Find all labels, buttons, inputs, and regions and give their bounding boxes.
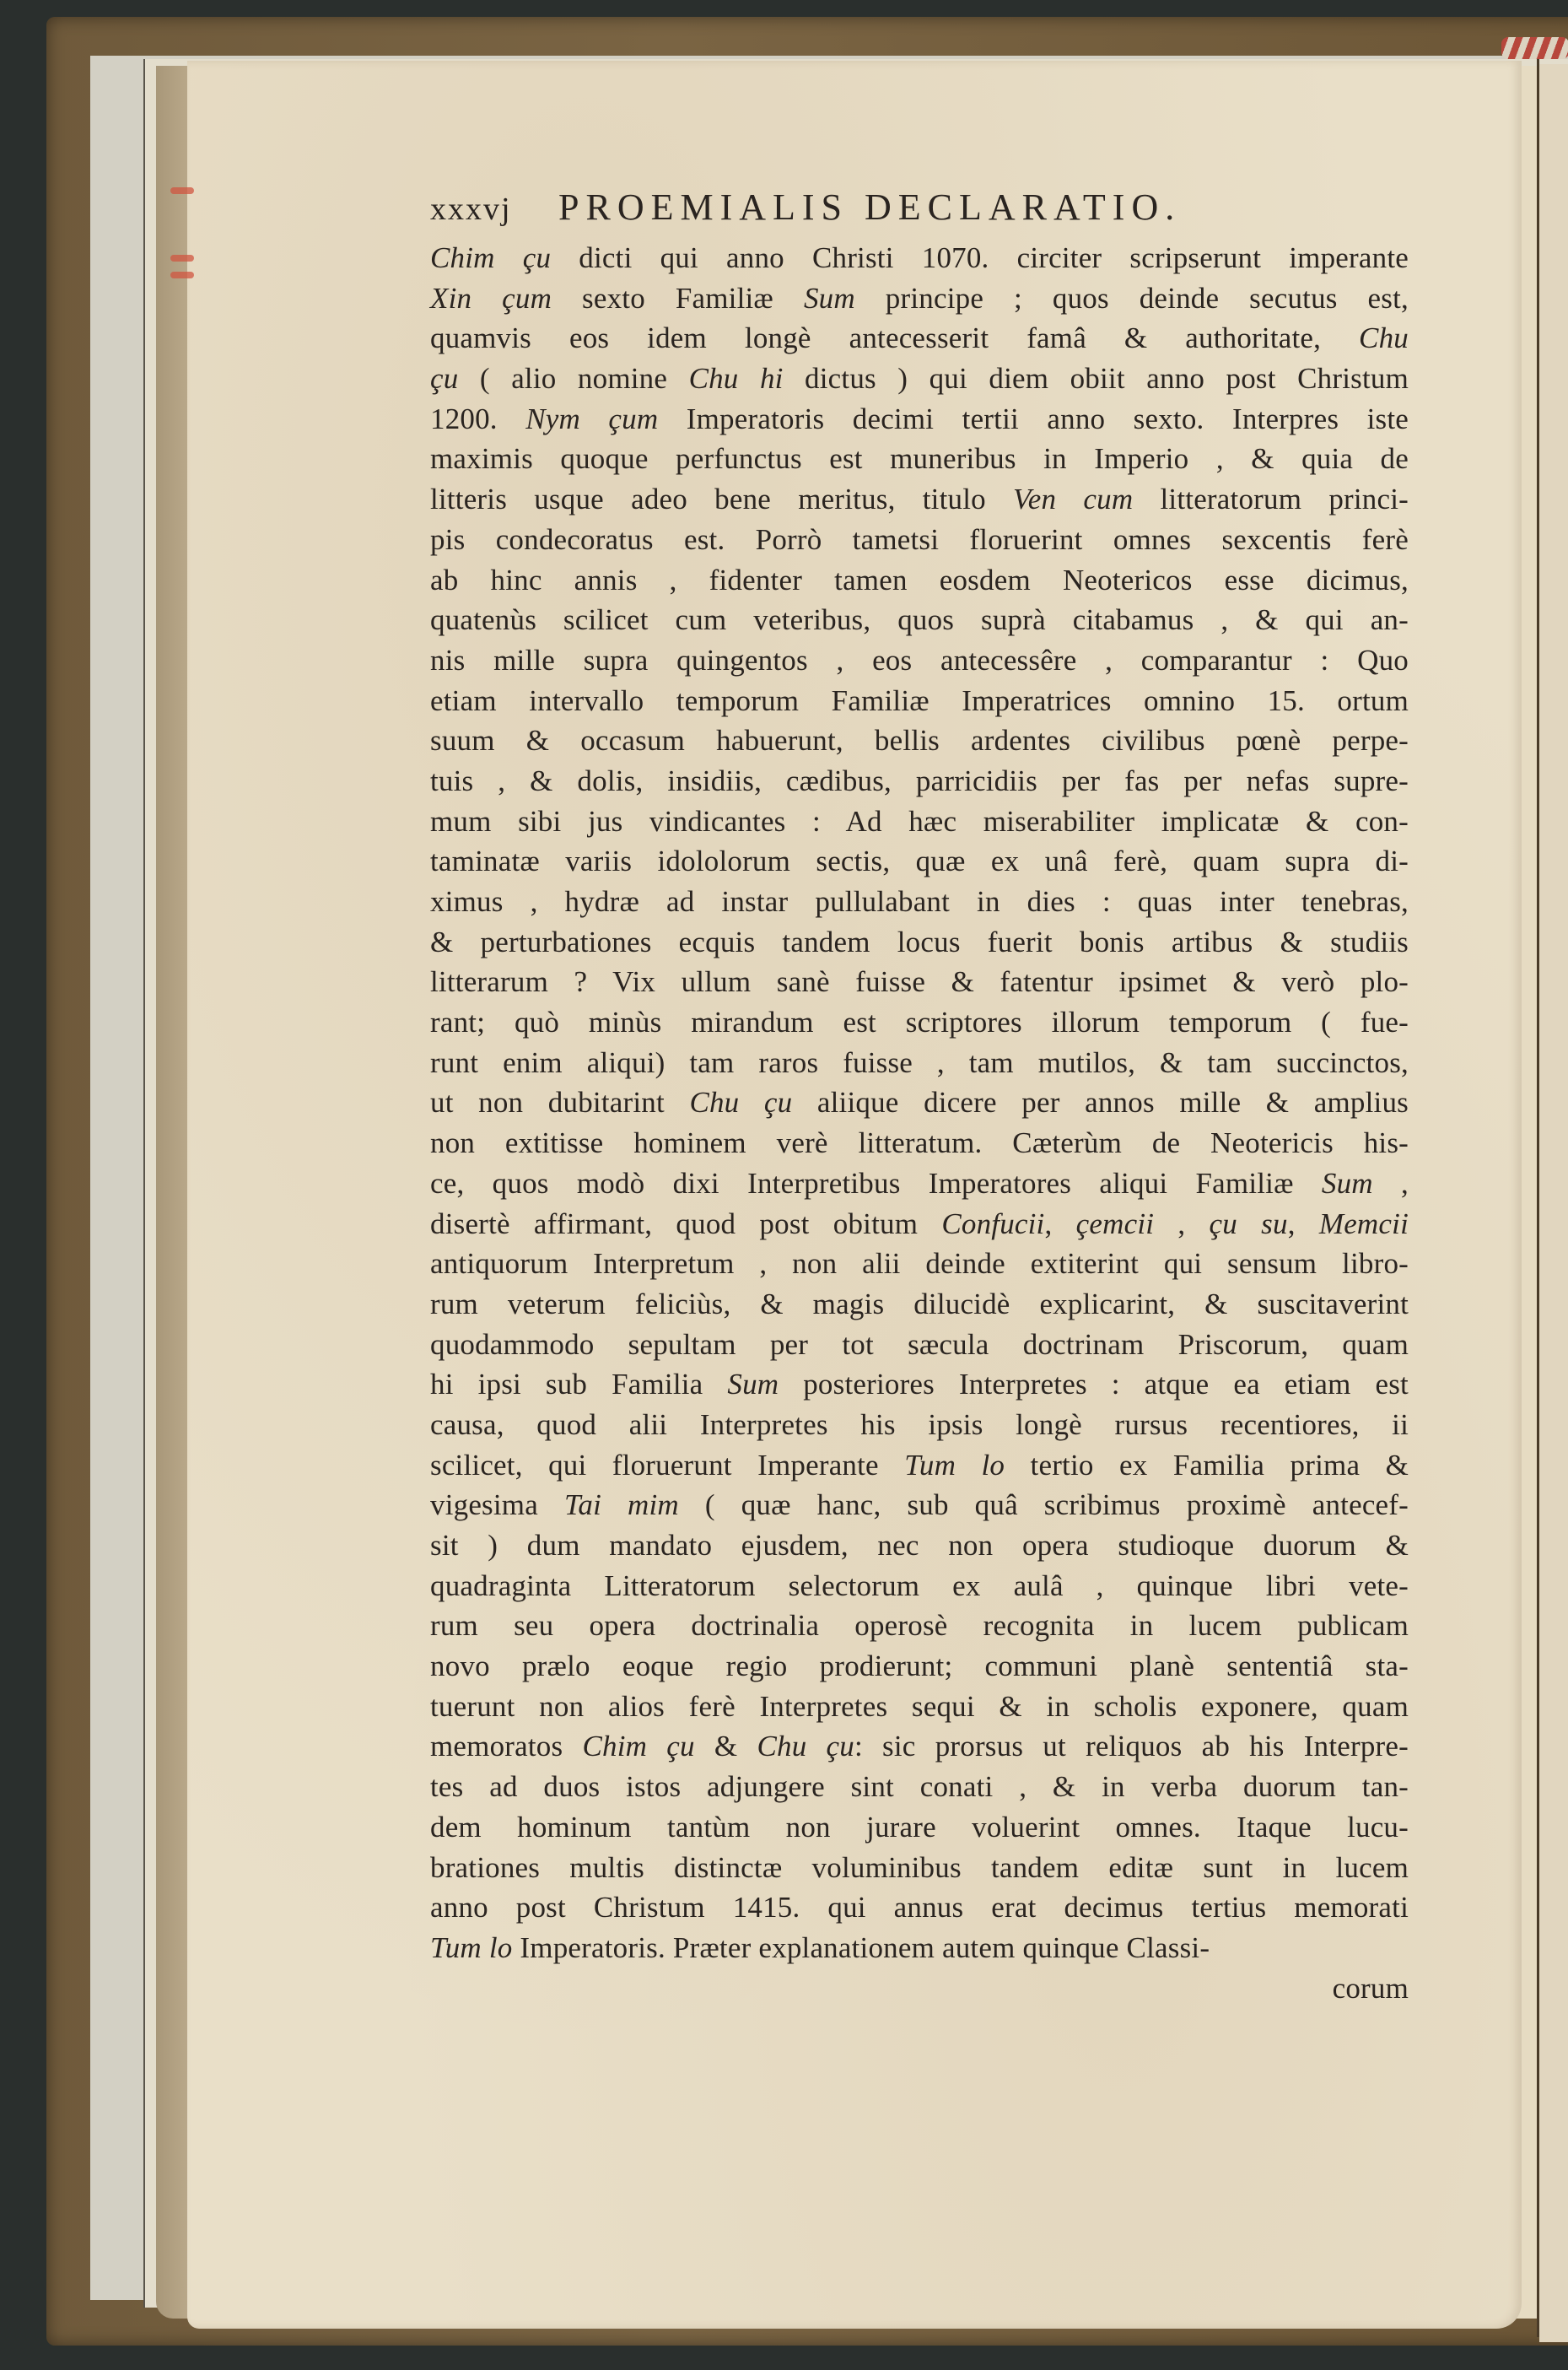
text-line: brationes multis distinctæ voluminibus t…	[430, 1848, 1409, 1888]
text-run: ( quæ hanc, sub quâ scribimus proximè an…	[679, 1488, 1409, 1521]
text-run: scilicet, qui floruerunt Imperante	[430, 1449, 904, 1482]
italic-name: Sum	[1322, 1167, 1373, 1200]
italic-name: Chim çu	[582, 1730, 694, 1763]
text-run: suum & occasum habuerunt, bellis ardente…	[430, 724, 1409, 757]
text-run: tuerunt non alios ferè Interpretes sequi…	[430, 1690, 1409, 1723]
text-line: runt enim aliqui) tam raros fuisse , tam…	[430, 1043, 1409, 1083]
text-run: tertio ex Familia prima &	[1005, 1449, 1409, 1482]
text-run: ut non dubitarint	[430, 1086, 689, 1119]
text-line: memoratos Chim çu & Chu çu: sic prorsus …	[430, 1726, 1409, 1767]
text-run: novo prælo eoque regio prodierunt; commu…	[430, 1649, 1409, 1682]
text-run: & perturbationes ecquis tandem locus fue…	[430, 926, 1409, 958]
text-line: & perturbationes ecquis tandem locus fue…	[430, 922, 1409, 963]
italic-name: Chu çu	[689, 1086, 792, 1119]
text-run: mum sibi jus vindicantes : Ad hæc misera…	[430, 805, 1409, 838]
text-line: non extitisse hominem verè litteratum. C…	[430, 1123, 1409, 1163]
text-run: rum veterum feliciùs, & magis dilucidè e…	[430, 1288, 1409, 1320]
text-run: memoratos	[430, 1730, 582, 1763]
text-line: quodammodo sepultam per tot sæcula doctr…	[430, 1325, 1409, 1365]
gutter	[1537, 59, 1539, 2337]
text-run: ( alio nomine	[458, 362, 688, 395]
text-run: rum seu opera doctrinalia operosè recogn…	[430, 1609, 1409, 1642]
text-run: disertè affirmant, quod post obitum	[430, 1207, 941, 1240]
text-run: litterarum ? Vix ullum sanè fuisse & fat…	[430, 965, 1409, 998]
text-run: rant; quò minùs mirandum est scriptores …	[430, 1006, 1409, 1039]
text-run: : sic prorsus ut reliquos ab his Interpr…	[854, 1730, 1409, 1763]
italic-name: Chu	[1359, 321, 1409, 354]
text-run: litteris usque adeo bene meritus, titulo	[430, 483, 1013, 516]
red-edge-mark	[170, 187, 194, 194]
text-run: anno post Christum 1415. qui annus erat …	[430, 1891, 1409, 1924]
text-run: ab hinc annis , fidenter tamen eosdem Ne…	[430, 564, 1409, 597]
text-line: sit ) dum mandato ejusdem, nec non opera…	[430, 1525, 1409, 1566]
text-run: litteratorum princi-	[1133, 483, 1409, 516]
text-line: quamvis eos idem longè antecesserit famâ…	[430, 318, 1409, 359]
text-run: brationes multis distinctæ voluminibus t…	[430, 1851, 1409, 1884]
italic-name: Chu çu	[757, 1730, 854, 1763]
italic-name: çemcii	[1076, 1207, 1155, 1240]
text-line: etiam intervallo temporum Familiæ Impera…	[430, 681, 1409, 721]
text-run: dem hominum tantùm non jurare voluerint …	[430, 1811, 1409, 1844]
text-line: çu ( alio nomine Chu hi dictus ) qui die…	[430, 359, 1409, 399]
red-edge-mark	[170, 255, 194, 262]
text-line: Chim çu dicti qui anno Christi 1070. cir…	[430, 238, 1409, 278]
text-run: non extitisse hominem verè litteratum. C…	[430, 1126, 1409, 1159]
text-line: scilicet, qui floruerunt Imperante Tum l…	[430, 1445, 1409, 1486]
text-run: antiquorum Interpretum , non alii deinde…	[430, 1247, 1409, 1280]
text-line: Tum lo Imperatoris. Præter explanationem…	[430, 1928, 1409, 1968]
italic-name: Ven cum	[1013, 483, 1133, 516]
text-line: antiquorum Interpretum , non alii deinde…	[430, 1244, 1409, 1284]
text-run: principe ; quos deinde secutus est,	[855, 282, 1409, 315]
text-line: quadraginta Litteratorum selectorum ex a…	[430, 1566, 1409, 1606]
italic-name: Chim çu	[430, 241, 551, 274]
text-run: taminatæ variis idololorum sectis, quæ e…	[430, 845, 1409, 877]
text-run: quamvis eos idem longè antecesserit famâ…	[430, 321, 1359, 354]
text-line: quatenùs scilicet cum veteribus, quos su…	[430, 600, 1409, 640]
text-line: hi ipsi sub Familia Sum posteriores Inte…	[430, 1364, 1409, 1405]
italic-name: Sum	[804, 282, 855, 315]
text-line: vigesima Tai mim ( quæ hanc, sub quâ scr…	[430, 1485, 1409, 1525]
text-line: litteris usque adeo bene meritus, titulo…	[430, 479, 1409, 520]
italic-name: Nym çum	[525, 402, 658, 435]
text-run: maximis quoque perfunctus est muneribus …	[430, 442, 1409, 475]
text-line: rum seu opera doctrinalia operosè recogn…	[430, 1606, 1409, 1646]
text-line: 1200. Nym çum Imperatoris decimi tertii …	[430, 399, 1409, 440]
italic-name: Confucii	[941, 1207, 1044, 1240]
running-head: PROEMIALIS DECLARATIO.	[558, 186, 1181, 229]
text-run: dicti qui anno Christi 1070. circiter sc…	[551, 241, 1409, 274]
text-run: ce, quos modò dixi Interpretibus Imperat…	[430, 1167, 1322, 1200]
text-run: ,	[1044, 1207, 1075, 1240]
text-line: tuerunt non alios ferè Interpretes sequi…	[430, 1687, 1409, 1727]
text-line: Xin çum sexto Familiæ Sum principe ; quo…	[430, 278, 1409, 319]
italic-name: Xin çum	[430, 282, 552, 315]
italic-name: Sum	[727, 1368, 779, 1401]
text-run: ximus , hydræ ad instar pullulabant in d…	[430, 885, 1409, 918]
text-run: nis mille supra quingentos , eos anteces…	[430, 644, 1409, 677]
text-line: litterarum ? Vix ullum sanè fuisse & fat…	[430, 962, 1409, 1002]
text-line: disertè affirmant, quod post obitum Conf…	[430, 1204, 1409, 1244]
text-line: suum & occasum habuerunt, bellis ardente…	[430, 721, 1409, 761]
text-line: anno post Christum 1415. qui annus erat …	[430, 1887, 1409, 1928]
text-line: ab hinc annis , fidenter tamen eosdem Ne…	[430, 560, 1409, 601]
text-run: &	[695, 1730, 757, 1763]
text-line: mum sibi jus vindicantes : Ad hæc misera…	[430, 802, 1409, 842]
text-run: aliique dicere per annos mille & amplius	[792, 1086, 1409, 1119]
text-line: ce, quos modò dixi Interpretibus Imperat…	[430, 1163, 1409, 1204]
text-line: rum veterum feliciùs, & magis dilucidè e…	[430, 1284, 1409, 1325]
body-text: Chim çu dicti qui anno Christi 1070. cir…	[430, 238, 1409, 1968]
catchword: corum	[430, 1968, 1409, 2009]
text-run: runt enim aliqui) tam raros fuisse , tam…	[430, 1046, 1409, 1079]
text-run: vigesima	[430, 1488, 564, 1521]
text-line: novo prælo eoque regio prodierunt; commu…	[430, 1646, 1409, 1687]
text-line: dem hominum tantùm non jurare voluerint …	[430, 1807, 1409, 1848]
text-run: Imperatoris decimi tertii anno sexto. In…	[658, 402, 1409, 435]
headband	[1501, 37, 1568, 59]
text-run: 1200.	[430, 402, 525, 435]
text-run: quodammodo sepultam per tot sæcula doctr…	[430, 1328, 1409, 1361]
italic-name: Tum lo	[430, 1931, 512, 1964]
facing-page-edge	[1539, 64, 1568, 2342]
text-run: Imperatoris. Præter explanationem autem …	[512, 1931, 1210, 1964]
text-block: xxxvj PROEMIALIS DECLARATIO. Chim çu dic…	[430, 179, 1409, 2008]
text-run: ,	[1373, 1167, 1409, 1200]
text-run: tuis , & dolis, insidiis, cædibus, parri…	[430, 764, 1409, 797]
text-line: tes ad duos istos adjungere sint conati …	[430, 1767, 1409, 1807]
red-edge-mark	[170, 272, 194, 278]
text-line: rant; quò minùs mirandum est scriptores …	[430, 1002, 1409, 1043]
text-run: sit ) dum mandato ejusdem, nec non opera…	[430, 1529, 1409, 1562]
text-run: etiam intervallo temporum Familiæ Impera…	[430, 684, 1409, 717]
italic-name: çu	[430, 362, 458, 395]
text-run: hi ipsi sub Familia	[430, 1368, 727, 1401]
text-run: dictus ) qui diem obiit anno post Christ…	[784, 362, 1409, 395]
text-run: causa, quod alii Interpretes his ipsis l…	[430, 1408, 1409, 1441]
text-line: pis condecoratus est. Porrò tametsi flor…	[430, 520, 1409, 560]
text-line: ut non dubitarint Chu çu aliique dicere …	[430, 1082, 1409, 1123]
text-run: pis condecoratus est. Porrò tametsi flor…	[430, 523, 1409, 556]
text-run: ,	[1154, 1207, 1209, 1240]
text-run: tes ad duos istos adjungere sint conati …	[430, 1770, 1409, 1803]
text-line: nis mille supra quingentos , eos anteces…	[430, 640, 1409, 681]
text-line: maximis quoque perfunctus est muneribus …	[430, 439, 1409, 479]
text-run: quadraginta Litteratorum selectorum ex a…	[430, 1569, 1409, 1602]
text-run: ,	[1288, 1207, 1319, 1240]
italic-name: Chu hi	[689, 362, 784, 395]
text-run: posteriores Interpretes : atque ea etiam…	[779, 1368, 1409, 1401]
italic-name: Tum lo	[904, 1449, 1005, 1482]
italic-name: Memcii	[1319, 1207, 1409, 1240]
text-run: sexto Familiæ	[552, 282, 804, 315]
text-line: taminatæ variis idololorum sectis, quæ e…	[430, 841, 1409, 882]
text-line: ximus , hydræ ad instar pullulabant in d…	[430, 882, 1409, 922]
italic-name: çu su	[1210, 1207, 1288, 1240]
italic-name: Tai mim	[564, 1488, 679, 1521]
text-line: causa, quod alii Interpretes his ipsis l…	[430, 1405, 1409, 1445]
text-line: tuis , & dolis, insidiis, cædibus, parri…	[430, 761, 1409, 802]
page-header: xxxvj PROEMIALIS DECLARATIO.	[430, 179, 1409, 238]
page-number: xxxvj	[430, 191, 531, 228]
text-run: quatenùs scilicet cum veteribus, quos su…	[430, 603, 1409, 636]
